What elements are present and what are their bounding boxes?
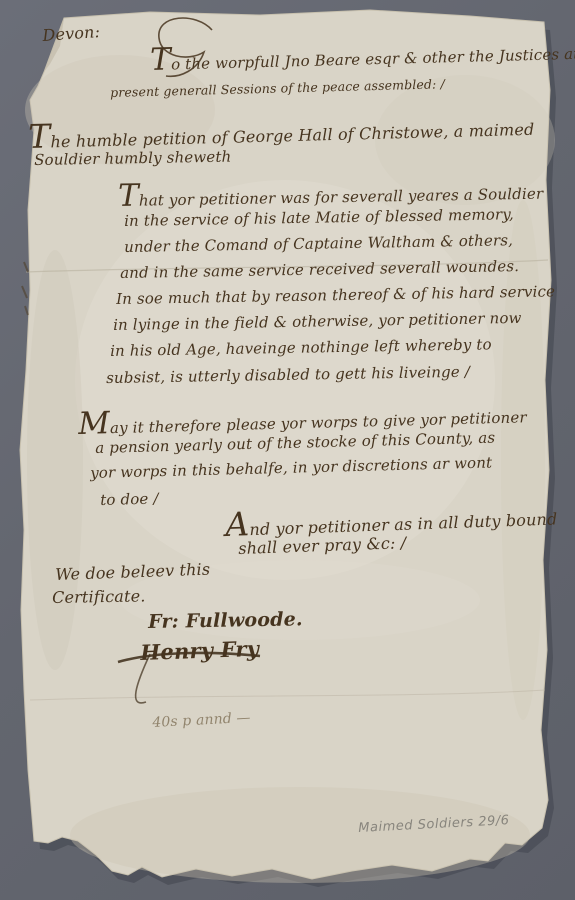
body-line: in the service of his late Matie of bles…	[124, 207, 514, 230]
signature-fry: Henry Fry	[140, 638, 259, 664]
pencil-annotation: Maimed Soldiers 29/6	[358, 814, 510, 836]
heading-line-1: To the worpfull Jno Beare esqr & other t…	[150, 38, 575, 74]
petition-intro-line-1: The humble petition of George Hall of Ch…	[28, 113, 535, 152]
body-line: in his old Age, haveinge nothinge left w…	[110, 337, 492, 359]
body-line: and in the same service received several…	[120, 259, 519, 282]
photograph-background: Devon: To the worpfull Jno Beare esqr & …	[0, 0, 575, 900]
prayer-line: to doe /	[100, 491, 159, 508]
manuscript-text: Devon: To the worpfull Jno Beare esqr & …	[0, 0, 575, 900]
county-marginal: Devon:	[42, 24, 101, 45]
certificate-line-2: Certificate.	[52, 588, 146, 606]
body-line: under the Comand of Captaine Waltham & o…	[124, 233, 513, 256]
ink-annotation: 40s p annd —	[152, 711, 251, 731]
signature-fullwoode: Fr: Fullwoode.	[148, 610, 303, 633]
body-line: in lyinge in the field & otherwise, yor …	[113, 311, 522, 334]
certificate-line-1: We doe beleev this	[55, 562, 210, 584]
body-line: subsist, is utterly disabled to gett his…	[106, 365, 470, 387]
prayer-line: yor worps in this behalfe, in yor discre…	[90, 455, 492, 481]
heading-line-2: present generall Sessions of the peace a…	[110, 77, 445, 99]
petition-intro-line-2: Souldier humbly sheweth	[34, 150, 232, 169]
body-line: In soe much that by reason thereof & of …	[116, 284, 555, 307]
closing-line: shall ever pray &c: /	[238, 535, 407, 558]
